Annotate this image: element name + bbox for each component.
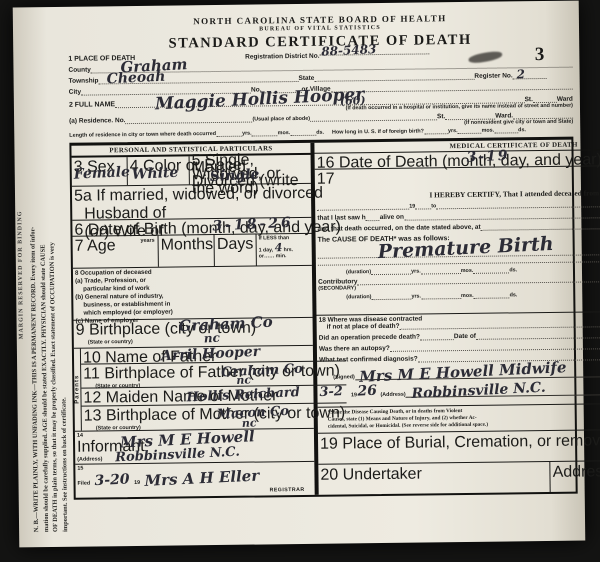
page-number: 3 <box>535 44 545 66</box>
alive-on-label: alive on <box>380 214 404 221</box>
date-of-label: Date of <box>454 333 476 340</box>
mother-maiden-value: Hollis Reichard <box>186 386 300 404</box>
birthplace-value: Graham Co <box>178 315 273 334</box>
filed-19-label: 19 <box>134 480 140 486</box>
registration-district-label: Registration District No. <box>245 53 319 61</box>
residence-label: (a) Residence. No. <box>69 117 125 125</box>
duration-ds-label: ds. <box>509 267 517 273</box>
father-birthplace-state-value: nc <box>236 374 251 386</box>
duration-yrs-label: yrs. <box>411 269 421 275</box>
father-birthplace-value: Graham Co <box>221 363 303 380</box>
signed-label: (Signed) <box>333 374 355 380</box>
or-label: or <box>259 253 264 259</box>
sex-value: Female <box>73 165 130 182</box>
certificate-grid: PERSONAL AND STATISTICAL PARTICULARS 3 S… <box>69 137 577 500</box>
age-months-label: Months <box>161 236 214 254</box>
cause-of-death-value: Premature Birth <box>377 235 554 262</box>
undertaker-label: 20 Undertaker <box>320 466 422 484</box>
township-value: Cheoah <box>106 70 165 87</box>
duration-label: (duration) <box>346 269 371 275</box>
register-no-value: 2 <box>516 68 525 80</box>
foreign-birth-label: How long in U. S. if of foreign birth? <box>332 128 424 135</box>
autopsy-label: Was there an autopsy? <box>319 345 390 353</box>
marital2-label: 5a If married, widowed, or divorced <box>74 185 323 206</box>
signed-address-label: (Address) <box>380 392 405 398</box>
registrar-signature: Mrs A H Eller <box>144 469 259 489</box>
register-no-label: Register No. <box>474 72 512 79</box>
test-diagnosis-label: What test confirmed diagnosis? <box>319 356 418 364</box>
undertaker-address-label: Address <box>553 463 600 481</box>
date-of-death-value: 3-19 <box>466 149 510 165</box>
full-name-label: 2 FULL NAME <box>69 101 115 109</box>
item-17-number: 17 <box>317 166 600 189</box>
race-value: White <box>131 166 178 182</box>
age-hrs-value: 4 <box>274 242 282 253</box>
last-saw-label: that I last saw h <box>317 214 365 222</box>
yrs-label: yrs. <box>448 128 458 134</box>
age-days-label: Days <box>217 236 254 253</box>
signed-date-value: 3-2 <box>319 385 343 399</box>
scan-background: MARGIN RESERVED FOR BINDING N. B.—WRITE … <box>0 0 600 562</box>
certificate-form: NORTH CAROLINA STATE BOARD OF HEALTH BUR… <box>68 6 578 500</box>
mother-birthplace-label: 13 Birthplace of Mother (city or town) <box>84 404 346 424</box>
abode-note: (Usual place of abode) <box>252 116 310 123</box>
state-label: State <box>298 75 314 82</box>
mos-label: mos. <box>278 130 291 136</box>
duration-mos-label: mos. <box>461 268 474 274</box>
parents-section: Parents 10 Name of Father Arril Hooper 1… <box>74 346 314 432</box>
length-residence-label: Length of residence in city or town wher… <box>69 131 216 139</box>
operation-label: Did an operation precede death? <box>319 334 420 342</box>
duration2-yrs-label: yrs. <box>411 294 421 300</box>
hrs-label: hrs. <box>284 247 294 253</box>
signed-address-value: Robbinsville N.C. <box>411 381 546 401</box>
birthplace-state-value: nc <box>204 332 221 345</box>
signed-19-label: 19 <box>351 392 357 398</box>
burial-label: 19 Place of Burial, Cremation, or remova… <box>320 432 600 453</box>
death-occurred-label: and that death occurred, on the date sta… <box>317 224 480 233</box>
full-name-annotation: (60) <box>340 95 366 107</box>
dob-value: 3-18-26 <box>212 216 294 234</box>
one-day-label: 1 day, <box>259 247 273 253</box>
county-label: County <box>68 67 90 74</box>
ds-label: ds. <box>518 127 526 133</box>
st2-label: St. <box>437 113 445 120</box>
duration2-ds-label: ds. <box>510 292 518 298</box>
duration2-mos-label: mos. <box>461 293 474 299</box>
signed-year-value: 26 <box>357 384 377 399</box>
age-years-label: years <box>140 238 154 244</box>
certify-text: I HEREBY CERTIFY, That I attended deceas… <box>429 188 599 199</box>
filed-date-value: 3-20 <box>94 472 130 488</box>
parents-label: Parents <box>74 375 80 404</box>
disease-contracted-label2: if not at place of death? <box>327 323 400 331</box>
registration-district-value: 88-5483 <box>321 43 377 58</box>
secondary-label: (SECONDARY) <box>318 285 356 291</box>
duration2-label: (duration) <box>346 294 371 300</box>
ds-label: ds. <box>316 130 324 136</box>
yrs-label: yrs. <box>242 131 252 137</box>
medical-column: MEDICAL CERTIFICATE OF DEATH 16 Date of … <box>314 138 600 495</box>
city-label: City <box>69 89 81 96</box>
margin-note: N. B.—WRITE PLAINLY, WITH UNFADING INK—T… <box>26 17 72 532</box>
filed-label: Filed <box>78 481 91 487</box>
father-name-value: Arril Hooper <box>161 345 261 364</box>
age-label: 7 Age <box>75 237 116 254</box>
cause-footnote: *State the Disease Causing Death, or in … <box>318 403 600 434</box>
marital-value: Single <box>209 168 259 184</box>
certificate-paper: MARGIN RESERVED FOR BINDING N. B.—WRITE … <box>13 1 586 548</box>
personal-column: PERSONAL AND STATISTICAL PARTICULARS 3 S… <box>71 143 318 498</box>
occ-b-label: (b) General nature of industry, business… <box>75 291 310 318</box>
mos-label: mos. <box>482 128 495 134</box>
township-label: Township <box>69 77 99 84</box>
